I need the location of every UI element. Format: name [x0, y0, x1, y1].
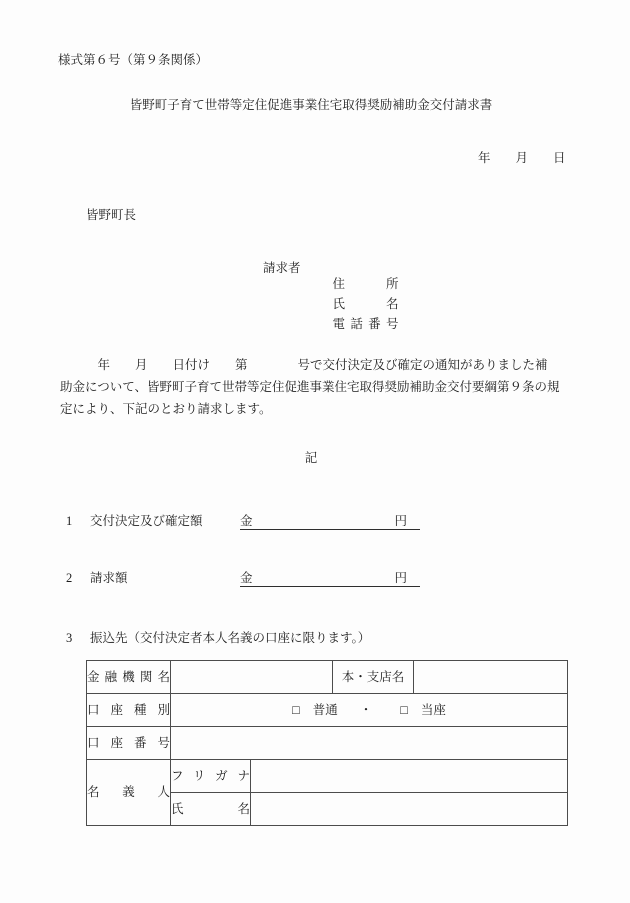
holder-name-label: 氏名 — [171, 793, 251, 826]
account-type-label: 口座種別 — [87, 694, 171, 727]
item-2-number: 2 — [66, 570, 72, 586]
amount-field-2[interactable]: 金 円 — [240, 570, 420, 587]
section-marker: 記 — [0, 450, 622, 466]
holder-label: 名義人 — [87, 760, 171, 826]
item-3-number: 3 — [66, 630, 72, 646]
option-futsu-label: 普通 — [313, 702, 338, 718]
checkbox-toza[interactable]: □ — [400, 702, 408, 718]
option-toza-label: 当座 — [421, 702, 446, 718]
body-line-3: 定により、下記のとおり請求します。 — [60, 401, 272, 417]
amount-1-prefix: 金 — [240, 513, 253, 529]
branch-name-input[interactable] — [414, 661, 568, 694]
bank-name-input[interactable] — [171, 661, 333, 694]
branch-label: 本・支店名 — [333, 661, 414, 694]
item-1-label: 交付決定及び確定額 — [90, 513, 203, 529]
page-title: 皆野町子育て世帯等定住促進事業住宅取得奨励補助金交付請求書 — [0, 97, 622, 113]
bank-account-table: 金融機関名 本・支店名 口座種別 □ 普通 ・ □ 当座 口座番号 名義人 — [86, 660, 568, 826]
table-row: 金融機関名 本・支店名 — [87, 661, 568, 694]
item-row-2: 2 請求額 金 円 — [0, 570, 630, 588]
table-row: 名義人 フリガナ — [87, 760, 568, 793]
account-number-label: 口座番号 — [87, 727, 171, 760]
checkbox-futsu[interactable]: □ — [292, 702, 300, 718]
addressee: 皆野町長 — [86, 207, 136, 223]
applicant-label: 請求者 — [263, 260, 301, 276]
account-type-cell: □ 普通 ・ □ 当座 — [171, 694, 568, 727]
form-page: 様式第６号（第９条関係） 皆野町子育て世帯等定住促進事業住宅取得奨励補助金交付請… — [0, 0, 630, 903]
amount-2-suffix: 円 — [394, 570, 407, 586]
date-line: 年 月 日 — [478, 150, 566, 166]
option-separator: ・ — [360, 702, 373, 718]
item-2-label: 請求額 — [90, 570, 128, 586]
holder-name-input[interactable] — [251, 793, 568, 826]
body-line-1: 年 月 日付け 第 号で交付決定及び確定の通知がありました補 — [60, 357, 548, 373]
amount-field-1[interactable]: 金 円 — [240, 513, 420, 530]
body-line-2: 助金について、皆野町子育て世帯等定住促進事業住宅取得奨励補助金交付要綱第９条の規 — [60, 379, 560, 395]
item-3-label: 振込先（交付決定者本人名義の口座に限ります。） — [90, 630, 370, 646]
bank-name-label: 金融機関名 — [87, 661, 171, 694]
item-row-3: 3 振込先（交付決定者本人名義の口座に限ります。） — [0, 630, 630, 648]
table-row: 口座番号 — [87, 727, 568, 760]
item-1-number: 1 — [66, 513, 72, 529]
amount-1-suffix: 円 — [394, 513, 407, 529]
applicant-phone-label: 電話番号 — [333, 316, 399, 332]
furigana-label: フリガナ — [171, 760, 251, 793]
furigana-input[interactable] — [251, 760, 568, 793]
amount-2-prefix: 金 — [240, 570, 253, 586]
form-number: 様式第６号（第９条関係） — [58, 52, 208, 68]
table-row: 口座種別 □ 普通 ・ □ 当座 — [87, 694, 568, 727]
item-row-1: 1 交付決定及び確定額 金 円 — [0, 513, 630, 531]
account-number-input[interactable] — [171, 727, 568, 760]
